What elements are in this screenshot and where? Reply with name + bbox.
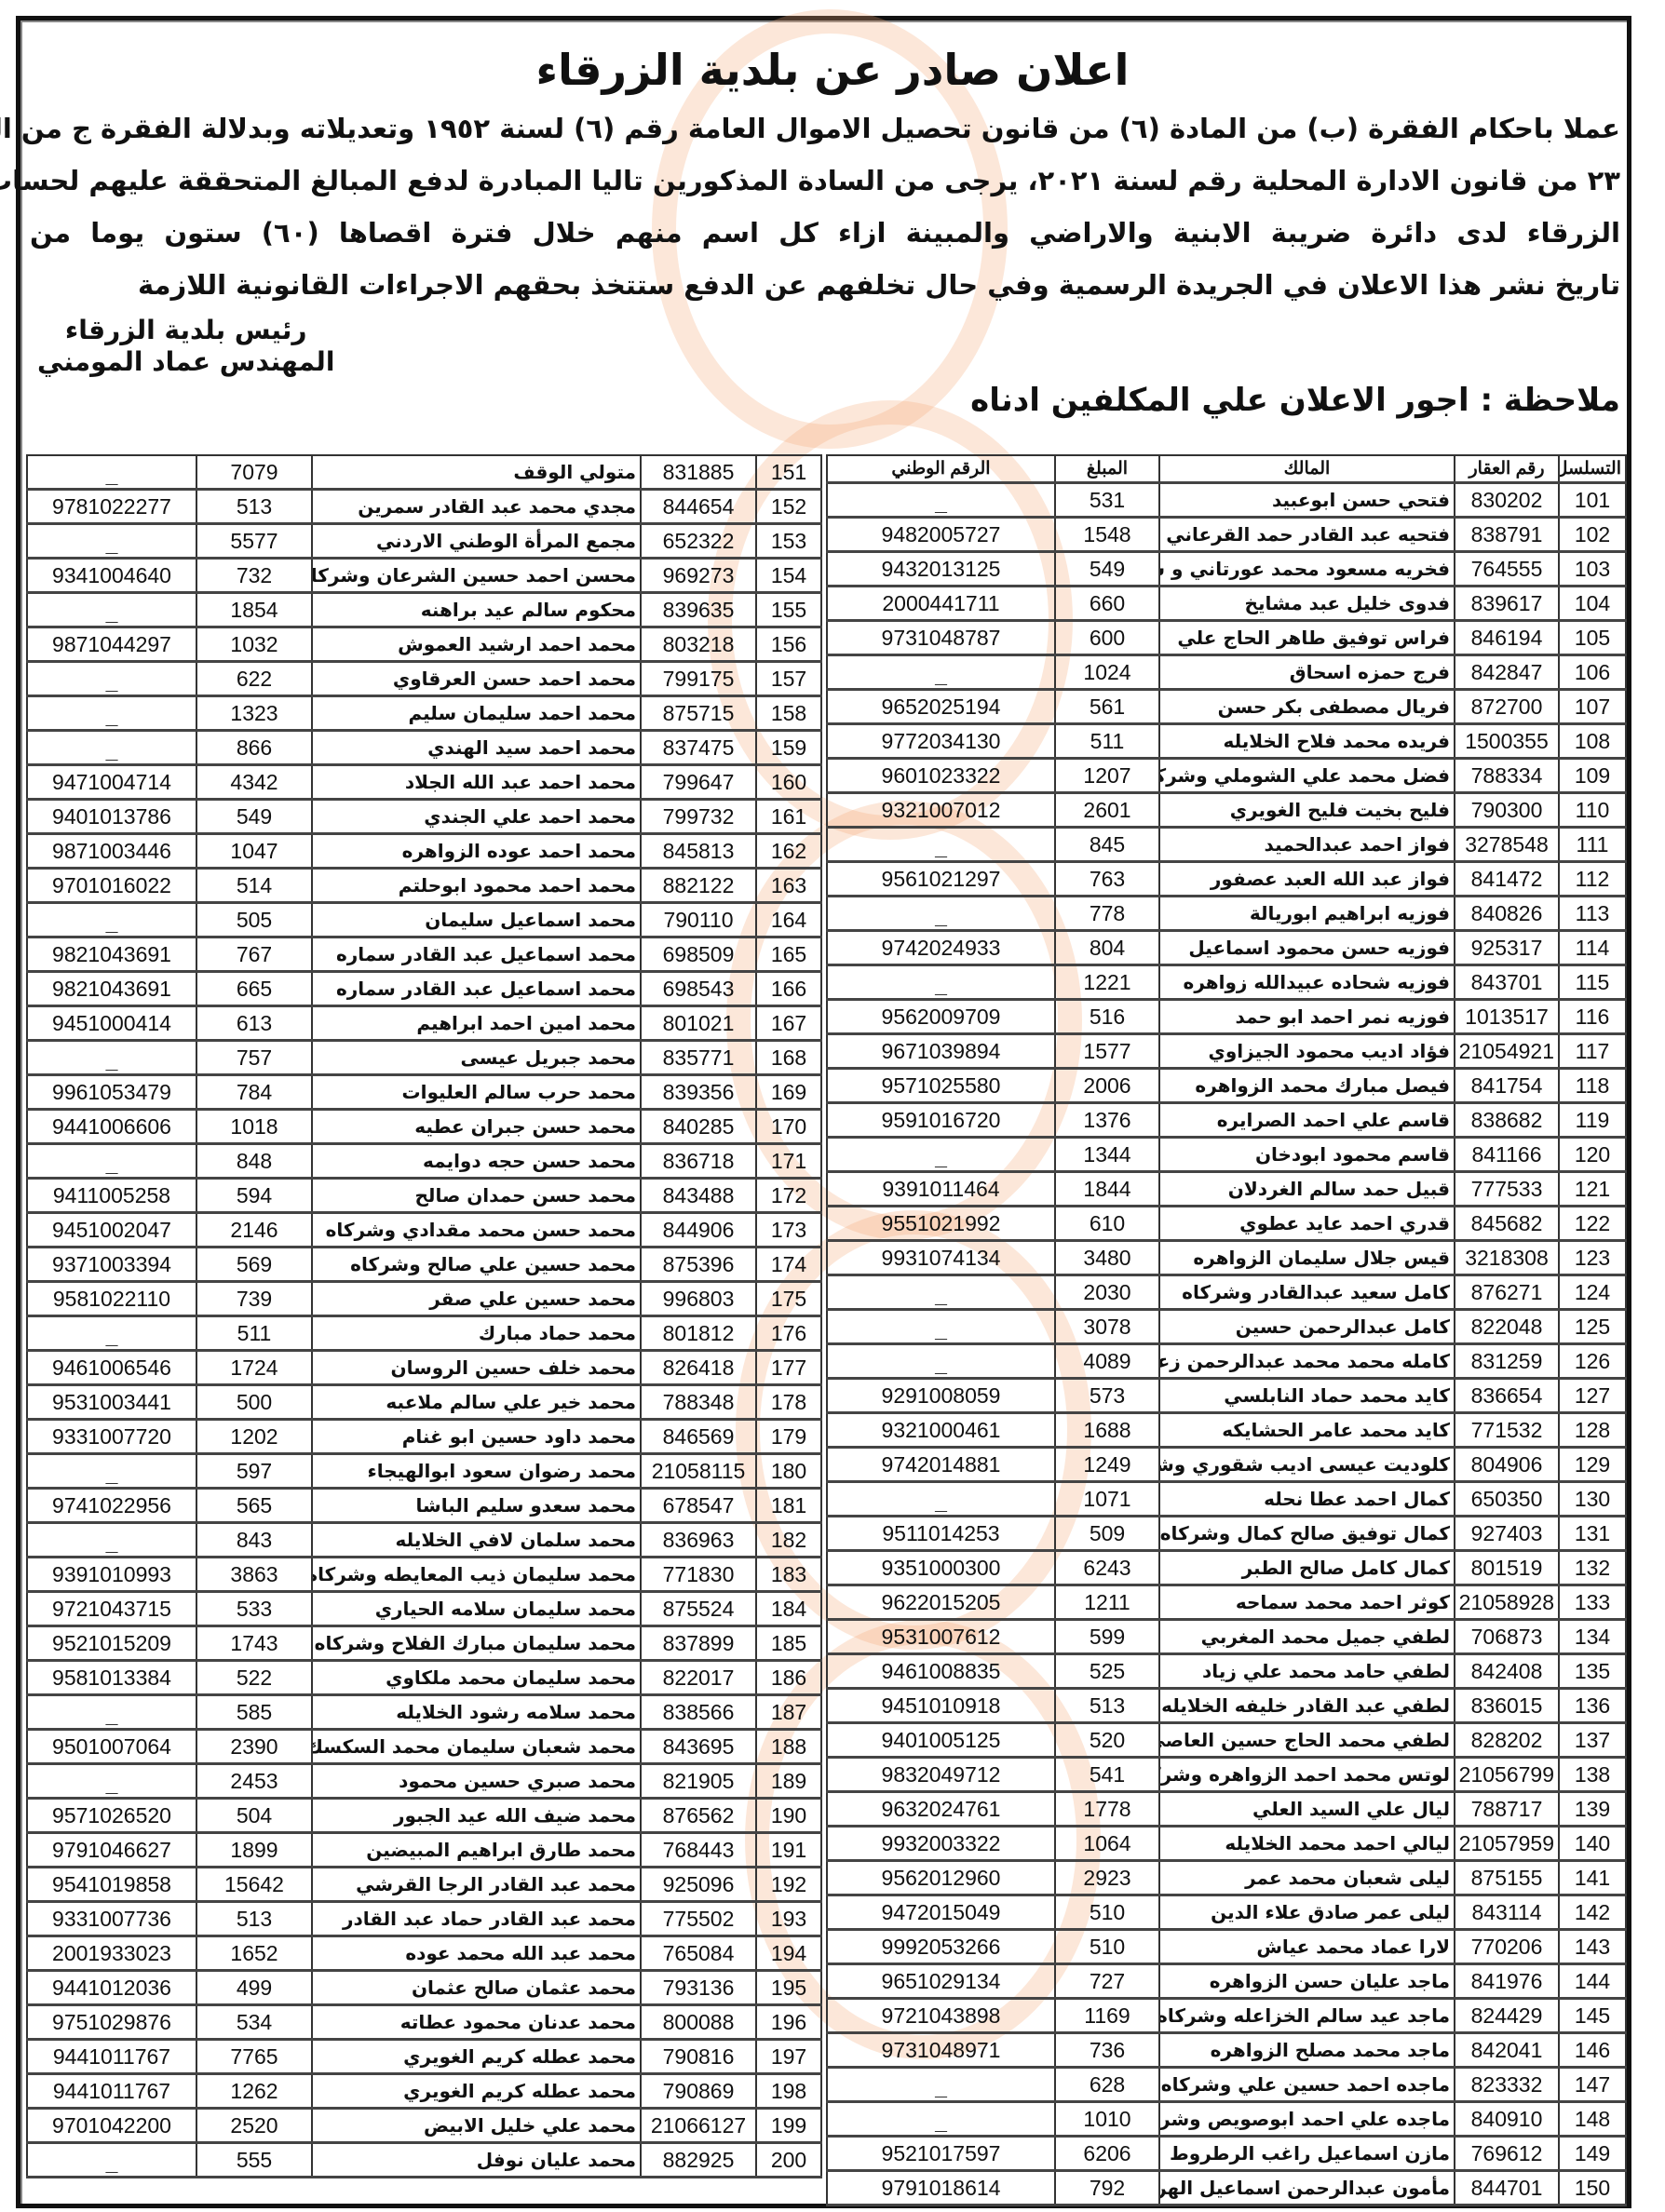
national-id-cell: 9791046627 — [27, 1833, 196, 1868]
owner-name-cell: لطفي جميل محمد المغربي — [1159, 1620, 1455, 1654]
property-number-cell: 839617 — [1455, 587, 1559, 621]
property-number-cell: 822017 — [641, 1661, 756, 1695]
owner-name-cell: فريده محمد فلاح الخلايله — [1159, 724, 1455, 759]
serial-cell: 165 — [756, 937, 821, 972]
owner-name-cell: فواز عبد الله العبد عصفور — [1159, 862, 1455, 897]
amount-cell: 732 — [196, 559, 312, 593]
table-row: 181678547محمد سعدو سليم الباشا5659741022… — [27, 1489, 821, 1523]
national-id-cell: _ — [27, 696, 196, 731]
serial-cell: 138 — [1559, 1758, 1626, 1792]
table-row: 107872700فريال مصطفى بكر حسن561965202519… — [827, 690, 1626, 724]
amount-cell: 1202 — [196, 1420, 312, 1454]
serial-cell: 182 — [756, 1523, 821, 1558]
owner-name-cell: محمد سعدو سليم الباشا — [312, 1489, 641, 1523]
national-id-cell: 9741022956 — [27, 1489, 196, 1523]
owner-name-cell: ليالي احمد محمد الخلايله — [1159, 1827, 1455, 1861]
national-id-cell: 9451010918 — [827, 1689, 1055, 1723]
amount-cell: 555 — [196, 2143, 312, 2178]
amount-cell: 1207 — [1055, 759, 1159, 793]
national-id-cell: 9451000414 — [27, 1006, 196, 1041]
amount-cell: 2601 — [1055, 793, 1159, 828]
serial-cell: 153 — [756, 524, 821, 559]
serial-cell: 189 — [756, 1764, 821, 1799]
amount-cell: 534 — [196, 2005, 312, 2040]
signature-title: رئيس بلدية الزرقاء — [37, 315, 334, 346]
table-row: 129804906كلوديت عيسى اديب شقوري وشركاه12… — [827, 1448, 1626, 1482]
table-row: 112841472فواز عبد الله العبد عصفور763956… — [827, 862, 1626, 897]
serial-cell: 119 — [1559, 1103, 1626, 1138]
table-row: 164790110محمد اسماعيل سليمان505_ — [27, 903, 821, 937]
property-number-cell: 822048 — [1455, 1310, 1559, 1344]
owner-name-cell: ماجده علي احمد ابوصويص وشركاه — [1159, 2102, 1455, 2137]
owner-name-cell: محمد سليمان ذيب المعايطه وشركاه — [312, 1558, 641, 1592]
table-row: 143770206لارا عماد محمد عياش510999205326… — [827, 1930, 1626, 1964]
national-id-cell: 9931074134 — [827, 1241, 1055, 1275]
property-number-cell: 872700 — [1455, 690, 1559, 724]
table-row: 194765084محمد عبد الله محمد عوده16522001… — [27, 1936, 821, 1971]
property-number-cell: 836963 — [641, 1523, 756, 1558]
table-header-row: التسلسل رقم العقار المالك المبلغ الرقم ا… — [827, 455, 1626, 483]
serial-cell: 191 — [756, 1833, 821, 1868]
property-number-cell: 804906 — [1455, 1448, 1559, 1482]
amount-cell: 1844 — [1055, 1172, 1159, 1207]
serial-cell: 178 — [756, 1385, 821, 1420]
amount-cell: 510 — [1055, 1930, 1159, 1964]
owner-name-cell: كامل عبدالرحمن حسين — [1159, 1310, 1455, 1344]
owner-name-cell: ماجد عيد سالم الخزاعله وشركاه — [1159, 1999, 1455, 2033]
amount-cell: 1688 — [1055, 1413, 1159, 1448]
table-row: 187838566محمد سلامه رشود الخلايله585_ — [27, 1695, 821, 1730]
amount-cell: 2146 — [196, 1213, 312, 1248]
table-row: 159837475محمد احمد سيد الهندي866_ — [27, 731, 821, 765]
amount-cell: 763 — [1055, 862, 1159, 897]
serial-cell: 132 — [1559, 1551, 1626, 1585]
table-row: 150844701مأمون عبدالرحمن اسماعيل الهربوك… — [827, 2171, 1626, 2205]
owner-name-cell: محمد عطله كريم الغويري — [312, 2074, 641, 2109]
property-number-cell: 843488 — [641, 1179, 756, 1213]
national-id-cell: _ — [827, 1275, 1055, 1310]
amount-cell: 1064 — [1055, 1827, 1159, 1861]
national-id-cell: 9371003394 — [27, 1248, 196, 1282]
property-number-cell: 837899 — [641, 1626, 756, 1661]
amount-cell: 541 — [1055, 1758, 1159, 1792]
owner-name-cell: محمد حسن حجه دوايمه — [312, 1144, 641, 1179]
national-id-cell: 9461006546 — [27, 1351, 196, 1385]
national-id-cell: 9541019858 — [27, 1868, 196, 1902]
header-serial: التسلسل — [1559, 455, 1626, 483]
national-id-cell: 9632024761 — [827, 1792, 1055, 1827]
amount-cell: 1577 — [1055, 1034, 1159, 1069]
table-body: 101830202فتحي حسن ابوعبيد531_102838791فت… — [827, 483, 1626, 2205]
national-id-cell: 9932003322 — [827, 1827, 1055, 1861]
table-row: 158875715محمد احمد سليمان سليم1323_ — [27, 696, 821, 731]
body-line: الزرقاء لدى دائرة ضريبة الابنية والاراضي… — [30, 207, 1620, 259]
amount-cell: 4342 — [196, 765, 312, 800]
national-id-cell: 9531007612 — [827, 1620, 1055, 1654]
amount-cell: 848 — [196, 1144, 312, 1179]
serial-cell: 124 — [1559, 1275, 1626, 1310]
serial-cell: 162 — [756, 834, 821, 869]
amount-cell: 5577 — [196, 524, 312, 559]
table-row: 182836963محمد سلمان لافي الخلايله843_ — [27, 1523, 821, 1558]
owner-name-cell: كامله محمد محمد عبدالرحمن زعبي — [1159, 1344, 1455, 1379]
serial-cell: 181 — [756, 1489, 821, 1523]
national-id-cell: 9701042200 — [27, 2109, 196, 2143]
serial-cell: 166 — [756, 972, 821, 1006]
property-number-cell: 790300 — [1455, 793, 1559, 828]
serial-cell: 163 — [756, 869, 821, 903]
owner-name-cell: محمد سليمان سلامه الحياري — [312, 1592, 641, 1626]
owner-name-cell: محمد عليان نوفل — [312, 2143, 641, 2178]
table-row: 103764555فخريه مسعود محمد عورتاني و شريك… — [827, 552, 1626, 587]
signature-block: رئيس بلدية الزرقاء المهندس عماد المومني — [37, 315, 334, 378]
serial-cell: 144 — [1559, 1964, 1626, 1999]
property-number-cell: 835771 — [641, 1041, 756, 1075]
amount-cell: 1344 — [1055, 1138, 1159, 1172]
property-number-cell: 21057959 — [1455, 1827, 1559, 1861]
owner-name-cell: محكوم سالم عيد براهنه — [312, 593, 641, 627]
amount-cell: 509 — [1055, 1517, 1159, 1551]
property-number-cell: 843695 — [641, 1730, 756, 1764]
property-number-cell: 1500355 — [1455, 724, 1559, 759]
national-id-cell: 9551021992 — [827, 1207, 1055, 1241]
serial-cell: 169 — [756, 1075, 821, 1110]
property-number-cell: 801812 — [641, 1316, 756, 1351]
serial-cell: 174 — [756, 1248, 821, 1282]
owner-name-cell: محمد سلامه رشود الخلايله — [312, 1695, 641, 1730]
property-number-cell: 828202 — [1455, 1723, 1559, 1758]
owner-name-cell: محمد شعبان سليمان محمد السكسك — [312, 1730, 641, 1764]
amount-cell: 594 — [196, 1179, 312, 1213]
table-row: 102838791فتحيه عبد القادر حمد القرعاني15… — [827, 518, 1626, 552]
property-number-cell: 801519 — [1455, 1551, 1559, 1585]
amount-cell: 7079 — [196, 455, 312, 490]
owner-name-cell: محمد عثمان صالح عثمان — [312, 1971, 641, 2005]
table-row: 19921066127محمد علي خليل الابيض252097010… — [27, 2109, 821, 2143]
national-id-cell: 9391011464 — [827, 1172, 1055, 1207]
owner-name-cell: محمد حسن محمد مقدادي وشركاه — [312, 1213, 641, 1248]
table-row: 198790869محمد عطله كريم الغويري126294410… — [27, 2074, 821, 2109]
serial-cell: 125 — [1559, 1310, 1626, 1344]
amount-cell: 2453 — [196, 1764, 312, 1799]
national-id-cell: 2000441711 — [827, 587, 1055, 621]
table-row: 151831885متولي الوقف7079_ — [27, 455, 821, 490]
property-number-cell: 21066127 — [641, 2109, 756, 2143]
serial-cell: 116 — [1559, 1000, 1626, 1034]
national-id-cell: 9331007720 — [27, 1420, 196, 1454]
owner-name-cell: فخريه مسعود محمد عورتاني و شريكها — [1159, 552, 1455, 587]
header-amount: المبلغ — [1055, 455, 1159, 483]
table-row: 136836015لطفي عبد القادر خليفه الخلايله5… — [827, 1689, 1626, 1723]
owner-name-cell: محمد صبري حسين محمود — [312, 1764, 641, 1799]
national-id-cell: 9571026520 — [27, 1799, 196, 1833]
national-id-cell: 9721043898 — [827, 1999, 1055, 2033]
national-id-cell: 9652025194 — [827, 690, 1055, 724]
owner-name-cell: محمد حماد مبارك — [312, 1316, 641, 1351]
table-row: 1081500355فريده محمد فلاح الخلايله511977… — [827, 724, 1626, 759]
national-id-cell: 9511014253 — [827, 1517, 1055, 1551]
property-number-cell: 777533 — [1455, 1172, 1559, 1207]
table-row: 197790816محمد عطله كريم الغويري776594410… — [27, 2040, 821, 2074]
owner-name-cell: محمد امين احمد ابراهيم — [312, 1006, 641, 1041]
table-row: 178788348محمد خير علي سالم ملاعبه5009531… — [27, 1385, 821, 1420]
table-row: 101830202فتحي حسن ابوعبيد531_ — [827, 483, 1626, 518]
serial-cell: 106 — [1559, 655, 1626, 690]
table-row: 177826418محمد خلف حسين الروسان1724946100… — [27, 1351, 821, 1385]
property-number-cell: 21056799 — [1455, 1758, 1559, 1792]
national-id-cell: 9341004640 — [27, 559, 196, 593]
table-row: 105846194فراس توفيق طاهر الحاج علي600973… — [827, 621, 1626, 655]
owner-name-cell: قبيل حمد سالم الغردلان — [1159, 1172, 1455, 1207]
taxpayers-table-right: التسلسل رقم العقار المالك المبلغ الرقم ا… — [826, 454, 1627, 2206]
property-number-cell: 803218 — [641, 627, 756, 662]
amount-cell: 1262 — [196, 2074, 312, 2109]
national-id-cell: 9622015205 — [827, 1585, 1055, 1620]
amount-cell: 1032 — [196, 627, 312, 662]
serial-cell: 143 — [1559, 1930, 1626, 1964]
serial-cell: 126 — [1559, 1344, 1626, 1379]
serial-cell: 146 — [1559, 2033, 1626, 2068]
table-row: 196800088محمد عدنان محمود عطاته534975102… — [27, 2005, 821, 2040]
owner-name-cell: فتحيه عبد القادر حمد القرعاني — [1159, 518, 1455, 552]
property-number-cell: 831259 — [1455, 1344, 1559, 1379]
property-number-cell: 839356 — [641, 1075, 756, 1110]
serial-cell: 128 — [1559, 1413, 1626, 1448]
property-number-cell: 841166 — [1455, 1138, 1559, 1172]
national-id-cell: 9521017597 — [827, 2137, 1055, 2171]
owner-name-cell: مجدي محمد عبد القادر سمرين — [312, 490, 641, 524]
property-number-cell: 845682 — [1455, 1207, 1559, 1241]
table-row: 156803218محمد احمد ارشيد العموش103298710… — [27, 627, 821, 662]
table-row: 186822017محمد سليمان محمد ملكاوي52295810… — [27, 1661, 821, 1695]
serial-cell: 149 — [1559, 2137, 1626, 2171]
owner-name-cell: ماجد عليان حسن الزواهره — [1159, 1964, 1455, 1999]
table-row: 122845682قدري احمد عايد عطوي610955102199… — [827, 1207, 1626, 1241]
signature-name: المهندس عماد المومني — [37, 346, 334, 378]
serial-cell: 101 — [1559, 483, 1626, 518]
serial-cell: 194 — [756, 1936, 821, 1971]
property-number-cell: 790816 — [641, 2040, 756, 2074]
table-row: 121777533قبيل حمد سالم الغردلان184493910… — [827, 1172, 1626, 1207]
owner-name-cell: قاسم محمود ابودخان — [1159, 1138, 1455, 1172]
property-number-cell: 882925 — [641, 2143, 756, 2178]
national-id-cell: 9441006606 — [27, 1110, 196, 1144]
national-id-cell: 9742024933 — [827, 931, 1055, 965]
amount-cell: 1018 — [196, 1110, 312, 1144]
owner-name-cell: محمد خلف حسين الروسان — [312, 1351, 641, 1385]
owner-name-cell: محمد احمد سيد الهندي — [312, 731, 641, 765]
owner-name-cell: محمد اسماعيل سليمان — [312, 903, 641, 937]
serial-cell: 199 — [756, 2109, 821, 2143]
table-row: 160799647محمد احمد عبد الله الجلاد434294… — [27, 765, 821, 800]
national-id-cell: _ — [827, 965, 1055, 1000]
serial-cell: 164 — [756, 903, 821, 937]
table-row: 118841754فيصل مبارك محمد الزواهره2006957… — [827, 1069, 1626, 1103]
owner-name-cell: محمد حرب سالم العليوات — [312, 1075, 641, 1110]
table-row: 175996803محمد حسين علي صقر7399581022110 — [27, 1282, 821, 1316]
table-row: 191768443محمد طارق ابراهيم المبيضين18999… — [27, 1833, 821, 1868]
owner-name-cell: ليلى عمر صادق علاء الدين — [1159, 1895, 1455, 1930]
national-id-cell: 9321007012 — [827, 793, 1055, 828]
table-row: 188843695محمد شعبان سليمان محمد السكسك23… — [27, 1730, 821, 1764]
property-number-cell: 826418 — [641, 1351, 756, 1385]
table-row: 147823332ماجده احمد حسين علي وشركاه628_ — [827, 2068, 1626, 2102]
owner-name-cell: محمد خير علي سالم ملاعبه — [312, 1385, 641, 1420]
property-number-cell: 875155 — [1455, 1861, 1559, 1895]
table-row: 110790300فليح بخيت فليح الغويري260193210… — [827, 793, 1626, 828]
property-number-cell: 843114 — [1455, 1895, 1559, 1930]
national-id-cell: 9731048787 — [827, 621, 1055, 655]
announcement-body: عملا باحكام الفقرة (ب) من المادة (٦) من … — [30, 102, 1620, 311]
serial-cell: 159 — [756, 731, 821, 765]
table-row: 126831259كامله محمد محمد عبدالرحمن زعبي4… — [827, 1344, 1626, 1379]
owner-name-cell: فواز احمد عبدالحميد — [1159, 828, 1455, 862]
serial-cell: 113 — [1559, 897, 1626, 931]
amount-cell: 510 — [1055, 1895, 1159, 1930]
amount-cell: 610 — [1055, 1207, 1159, 1241]
national-id-cell: 9501007064 — [27, 1730, 196, 1764]
amount-cell: 628 — [1055, 2068, 1159, 2102]
serial-cell: 121 — [1559, 1172, 1626, 1207]
table-row: 113840826فوزيه ابراهيم ابوريالة778_ — [827, 897, 1626, 931]
owner-name-cell: ليال علي السيد العلي — [1159, 1792, 1455, 1827]
amount-cell: 516 — [1055, 1000, 1159, 1034]
serial-cell: 168 — [756, 1041, 821, 1075]
national-id-cell: 9671039894 — [827, 1034, 1055, 1069]
amount-cell: 2006 — [1055, 1069, 1159, 1103]
amount-cell: 585 — [196, 1695, 312, 1730]
property-number-cell: 799732 — [641, 800, 756, 834]
property-number-cell: 830202 — [1455, 483, 1559, 518]
table-body: 151831885متولي الوقف7079_152844654مجدي م… — [27, 455, 821, 2178]
table-row: 193775502محمد عبد القادر حماد عبد القادر… — [27, 1902, 821, 1936]
serial-cell: 117 — [1559, 1034, 1626, 1069]
national-id-cell: 9451002047 — [27, 1213, 196, 1248]
serial-cell: 130 — [1559, 1482, 1626, 1517]
amount-cell: 569 — [196, 1248, 312, 1282]
serial-cell: 139 — [1559, 1792, 1626, 1827]
owner-name-cell: مازن اسماعيل راغب الرطروط — [1159, 2137, 1455, 2171]
national-id-cell: _ — [27, 1523, 196, 1558]
owner-name-cell: محمد عبد القادر الرجا القرشي — [312, 1868, 641, 1902]
property-number-cell: 996803 — [641, 1282, 756, 1316]
property-number-cell: 875524 — [641, 1592, 756, 1626]
amount-cell: 500 — [196, 1385, 312, 1420]
serial-cell: 147 — [1559, 2068, 1626, 2102]
property-number-cell: 771532 — [1455, 1413, 1559, 1448]
body-line: تاريخ نشر هذا الاعلان في الجريدة الرسمية… — [30, 259, 1620, 311]
national-id-cell: _ — [827, 1344, 1055, 1379]
table-row: 152844654مجدي محمد عبد القادر سمرين51397… — [27, 490, 821, 524]
national-id-cell: 9521015209 — [27, 1626, 196, 1661]
owner-name-cell: كمال كامل صالح الطبر — [1159, 1551, 1455, 1585]
owner-name-cell: محمد اسماعيل عبد القادر سماره — [312, 972, 641, 1006]
national-id-cell: _ — [827, 2102, 1055, 2137]
property-number-cell: 1013517 — [1455, 1000, 1559, 1034]
serial-cell: 152 — [756, 490, 821, 524]
table-row: 155839635محكوم سالم عيد براهنه1854_ — [27, 593, 821, 627]
amount-cell: 1376 — [1055, 1103, 1159, 1138]
serial-cell: 142 — [1559, 1895, 1626, 1930]
owner-name-cell: قيس جلال سليمان الزواهره — [1159, 1241, 1455, 1275]
table-row: 148840910ماجده علي احمد ابوصويص وشركاه10… — [827, 2102, 1626, 2137]
owner-name-cell: كمال احمد عطا نحله — [1159, 1482, 1455, 1517]
serial-cell: 190 — [756, 1799, 821, 1833]
national-id-cell: _ — [27, 1041, 196, 1075]
table-row: 183771830محمد سليمان ذيب المعايطه وشركاه… — [27, 1558, 821, 1592]
national-id-cell: 9401013786 — [27, 800, 196, 834]
table-row: 153652322مجمع المرأة الوطني الاردني5577_ — [27, 524, 821, 559]
national-id-cell: 9411005258 — [27, 1179, 196, 1213]
table-row: 162845813محمد احمد عوده الزواهره10479871… — [27, 834, 821, 869]
property-number-cell: 841976 — [1455, 1964, 1559, 1999]
serial-cell: 115 — [1559, 965, 1626, 1000]
table-row: 142843114ليلى عمر صادق علاء الدين5109472… — [827, 1895, 1626, 1930]
amount-cell: 622 — [196, 662, 312, 696]
property-number-cell: 876562 — [641, 1799, 756, 1833]
serial-cell: 123 — [1559, 1241, 1626, 1275]
owner-name-cell: محمد احمد محمود ابوحلتم — [312, 869, 641, 903]
amount-cell: 565 — [196, 1489, 312, 1523]
amount-cell: 804 — [1055, 931, 1159, 965]
serial-cell: 129 — [1559, 1448, 1626, 1482]
serial-cell: 172 — [756, 1179, 821, 1213]
owner-name-cell: كايد محمد عامر الحشايكه — [1159, 1413, 1455, 1448]
amount-cell: 792 — [1055, 2171, 1159, 2205]
amount-cell: 660 — [1055, 587, 1159, 621]
table-row: 174875396محمد حسين علي صالح وشركاه569937… — [27, 1248, 821, 1282]
amount-cell: 533 — [196, 1592, 312, 1626]
amount-cell: 2923 — [1055, 1861, 1159, 1895]
table-row: 137828202لطفي محمد الحاج حسين العاصي5209… — [827, 1723, 1626, 1758]
table-row: 13321058928كوثر احمد محمد سماحه121196220… — [827, 1585, 1626, 1620]
property-number-cell: 837475 — [641, 731, 756, 765]
table-row: 176801812محمد حماد مبارك511_ — [27, 1316, 821, 1351]
table-row: 139788717ليال علي السيد العلي17789632024… — [827, 1792, 1626, 1827]
table-row: 127836654كايد محمد حماد النابلسي57392910… — [827, 1379, 1626, 1413]
amount-cell: 613 — [196, 1006, 312, 1041]
national-id-cell: 9772034130 — [827, 724, 1055, 759]
national-id-cell: _ — [27, 1695, 196, 1730]
owner-name-cell: محمد اسماعيل عبد القادر سماره — [312, 937, 641, 972]
national-id-cell: 9432013125 — [827, 552, 1055, 587]
table-row: 18021058115محمد رضوان سعود ابوالهيجاء597… — [27, 1454, 821, 1489]
serial-cell: 131 — [1559, 1517, 1626, 1551]
national-id-cell: 9591016720 — [827, 1103, 1055, 1138]
national-id-cell: 9571025580 — [827, 1069, 1055, 1103]
serial-cell: 135 — [1559, 1654, 1626, 1689]
national-id-cell: 9601023322 — [827, 759, 1055, 793]
amount-cell: 1323 — [196, 696, 312, 731]
table-row: 134706873لطفي جميل محمد المغربي599953100… — [827, 1620, 1626, 1654]
property-number-cell: 698509 — [641, 937, 756, 972]
national-id-cell: _ — [27, 1764, 196, 1799]
amount-cell: 3480 — [1055, 1241, 1159, 1275]
property-number-cell: 925096 — [641, 1868, 756, 1902]
owner-name-cell: مجمع المرأة الوطني الاردني — [312, 524, 641, 559]
owner-name-cell: محمد طارق ابراهيم المبيضين — [312, 1833, 641, 1868]
body-line: عملا باحكام الفقرة (ب) من المادة (٦) من … — [30, 102, 1620, 155]
property-number-cell: 842408 — [1455, 1654, 1559, 1689]
table-row: 171836718محمد حسن حجه دوايمه848_ — [27, 1144, 821, 1179]
amount-cell: 511 — [1055, 724, 1159, 759]
serial-cell: 105 — [1559, 621, 1626, 655]
owner-name-cell: فضل محمد علي الشوملي وشركاه — [1159, 759, 1455, 793]
table-row: 130650350كمال احمد عطا نحله1071_ — [827, 1482, 1626, 1517]
national-id-cell: 9482005727 — [827, 518, 1055, 552]
header-property-no: رقم العقار — [1455, 455, 1559, 483]
national-id-cell: 9391010993 — [27, 1558, 196, 1592]
